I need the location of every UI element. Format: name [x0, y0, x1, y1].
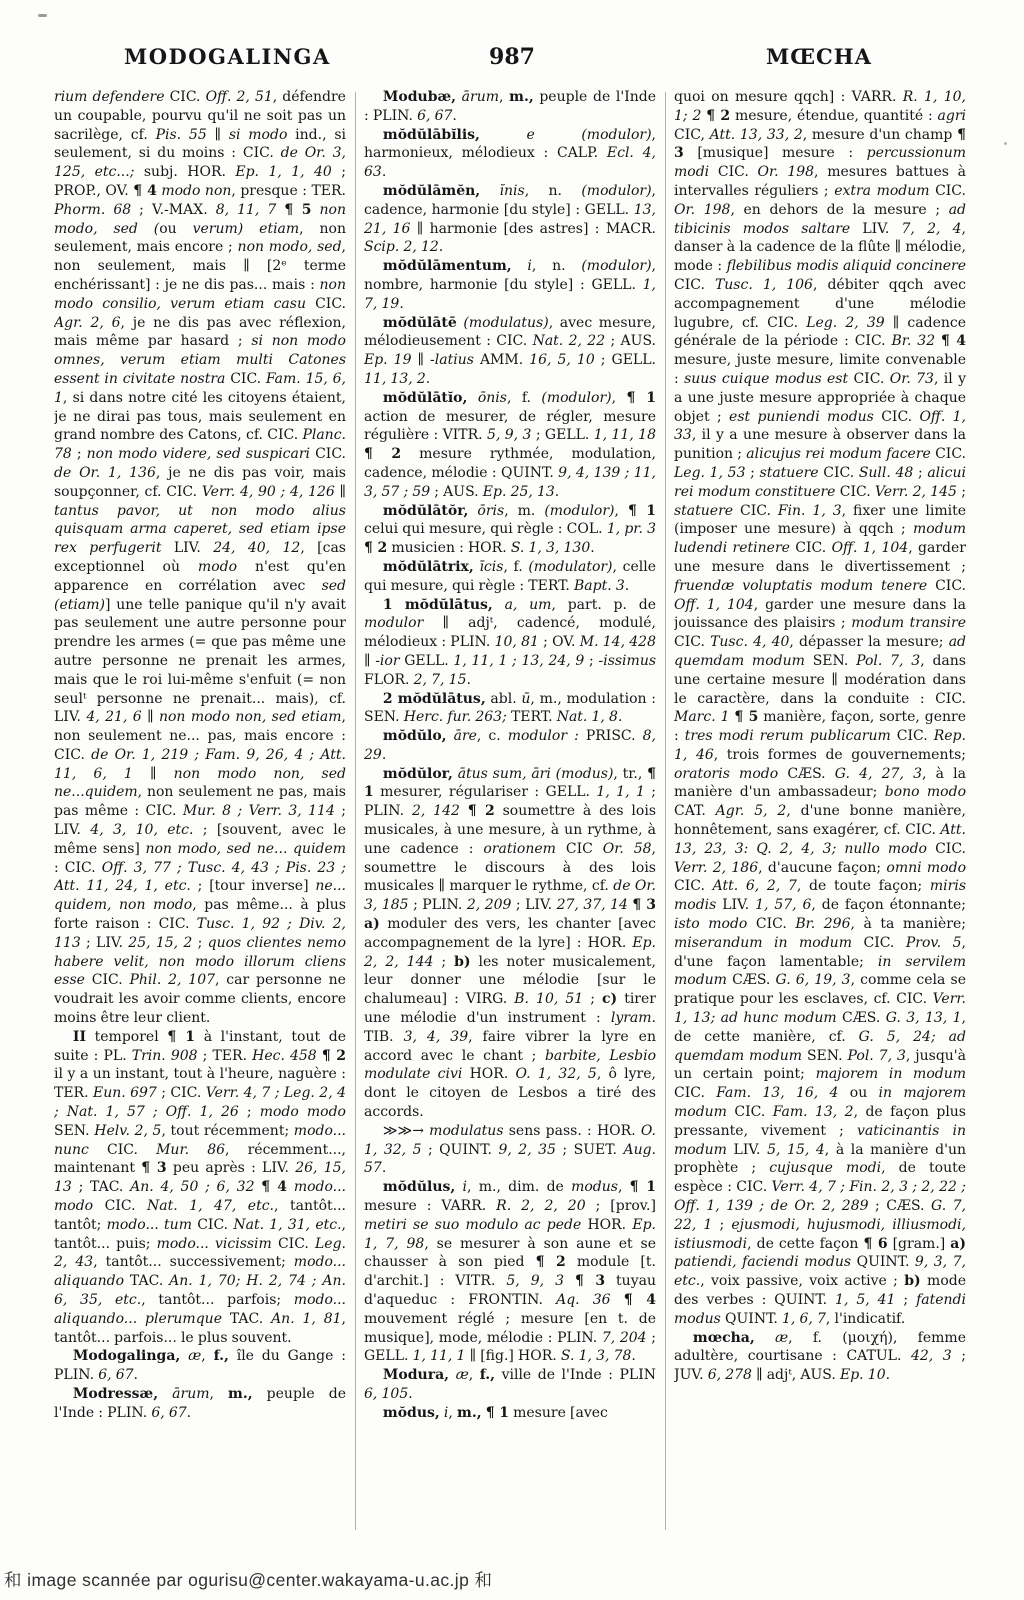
column-1: rium defendere CIC. Off. 2, 51, défendre…	[54, 88, 346, 1540]
entry-modulo: mŏdŭlo, āre, c. modulor : PRISC. 8, 29.	[364, 727, 656, 765]
entry-modulator: mŏdŭlātŏr, ōris, m. (modulor), ¶ 1 celui…	[364, 502, 656, 558]
dictionary-page: MODOGALINGA 987 MŒCHA rium defendere CIC…	[0, 0, 1024, 1600]
text-columns: rium defendere CIC. Off. 2, 51, défendre…	[54, 88, 966, 1540]
entry-modulatio: mŏdŭlātĭo, ōnis, f. (modulor), ¶ 1 actio…	[364, 389, 656, 502]
column-divider	[355, 92, 356, 1530]
modus-continuation: quoi on mesure qqch] : VARR. R. 1, 10, 1…	[674, 88, 966, 1329]
entry-modulamentum: mŏdŭlāmentum, i, n. (modulor), nombre, h…	[364, 257, 656, 313]
entry-modubae: Modubæ, ārum, m., peuple de l'Inde : PLI…	[364, 88, 656, 126]
entry-moecha: mœcha, æ, f. (μοιχή), femme adultère, co…	[674, 1329, 966, 1385]
scan-artifact	[38, 14, 47, 17]
page-header: MODOGALINGA 987 MŒCHA	[0, 44, 1024, 78]
scan-artifact	[1004, 142, 1007, 145]
entry-modulamen: mŏdŭlāmĕn, ĭnis, n. (modulor), cadence, …	[364, 182, 656, 257]
scan-attribution-text: 和 image scannée par ogurisu@center.wakay…	[4, 1570, 492, 1590]
entry-modulatus-1: 1 mŏdŭlātus, a, um, part. p. de modulor …	[364, 596, 656, 690]
column-3: quoi on mesure qqch] : VARR. R. 1, 10, 1…	[674, 88, 966, 1540]
column-2: Modubæ, ārum, m., peuple de l'Inde : PLI…	[364, 88, 656, 1540]
column-divider	[665, 92, 666, 1530]
entry-modulate: mŏdŭlātē (modulatus), avec mesure, mélod…	[364, 314, 656, 389]
entry-modogalinga: Modogalinga, æ, f., île du Gange : PLIN.…	[54, 1347, 346, 1385]
entry-modus: mŏdus, i, m., ¶ 1 mesure [avec	[364, 1404, 656, 1423]
modo-continuation: rium defendere CIC. Off. 2, 51, défendre…	[54, 88, 346, 1028]
entry-modulus: mŏdŭlus, i, m., dim. de modus, ¶ 1 mesur…	[364, 1178, 656, 1366]
entry-modressae: Modressæ, ārum, m., peuple de l'Inde : P…	[54, 1385, 346, 1423]
modo-temporel: II temporel ¶ 1 à l'instant, tout de sui…	[54, 1028, 346, 1348]
header-guide-word-right: MŒCHA	[766, 44, 872, 69]
entry-modulatrix: mŏdŭlātrix, īcis, f. (modulator), celle …	[364, 558, 656, 596]
modulor-remark: ≫≫→ modulatus sens pass. : HOR. O. 1, 32…	[364, 1122, 656, 1178]
entry-modura: Modura, æ, f., ville de l'Inde : PLIN 6,…	[364, 1366, 656, 1404]
entry-modulatus-2: 2 mŏdŭlātus, abl. ū, m., modulation : SE…	[364, 690, 656, 728]
entry-modulabilis: mŏdŭlābĭlis, e (modulor), harmonieux, mé…	[364, 126, 656, 182]
entry-modulor: mŏdŭlor, ātus sum, āri (modus), tr., ¶ 1…	[364, 765, 656, 1122]
scan-attribution: 和 image scannée par ogurisu@center.wakay…	[4, 1567, 492, 1592]
